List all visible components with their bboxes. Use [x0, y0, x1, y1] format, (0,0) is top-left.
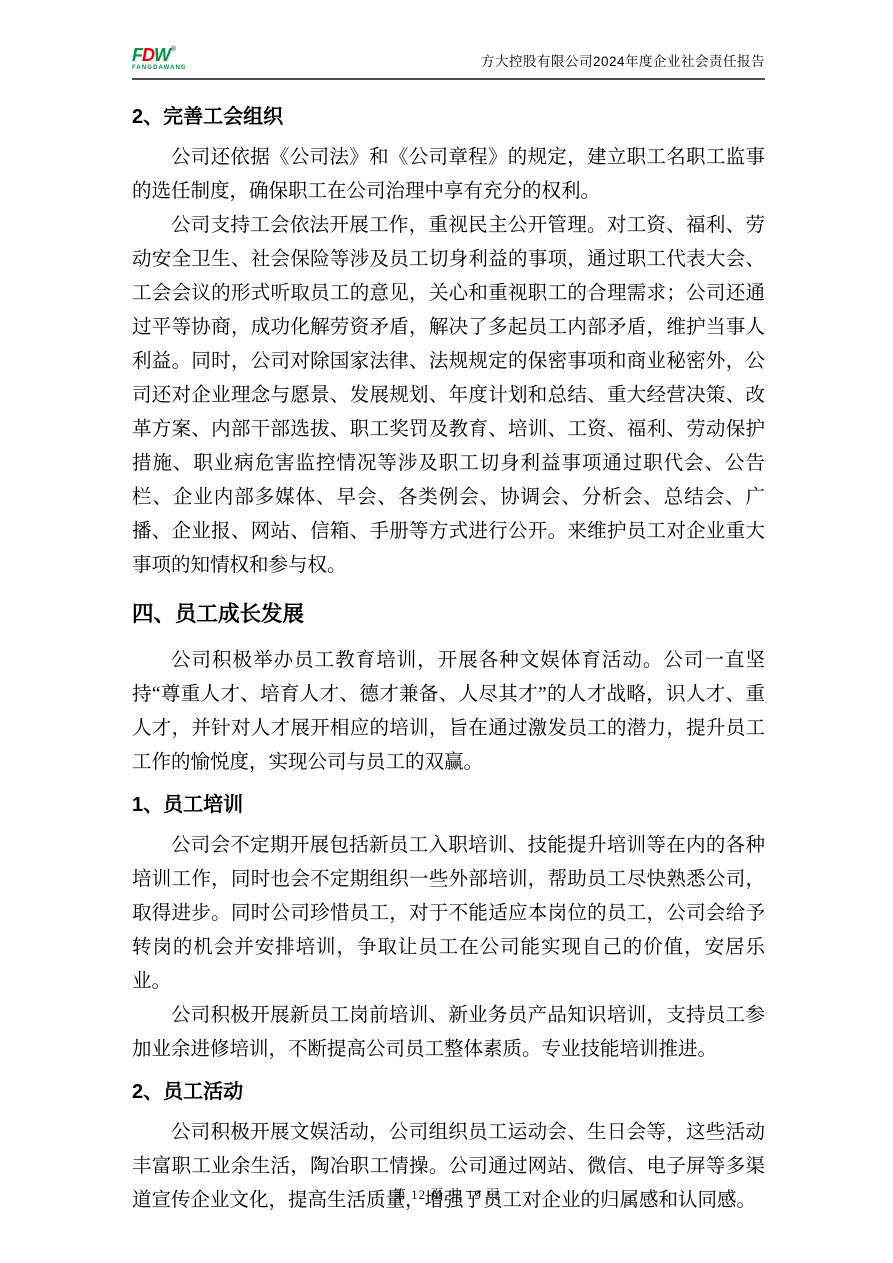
section-heading: 2、员工活动 — [132, 1079, 765, 1106]
document-body: 2、完善工会组织 公司还依据《公司法》和《公司章程》的规定，建立职工名职工监事的… — [132, 104, 765, 1218]
page-footer: 第 12 页 共 19 页 — [0, 1184, 893, 1204]
logo-letter-f: F — [132, 45, 142, 65]
paragraph: 公司积极举办员工教育培训，开展各种文娱体育活动。公司一直坚持“尊重人才、培育人才… — [132, 644, 765, 780]
paragraph: 公司支持工会依法开展工作，重视民主公开管理。对工资、福利、劳动安全卫生、社会保险… — [132, 209, 765, 583]
logo-letter-w: W — [154, 45, 170, 65]
paragraph: 公司会不定期开展包括新员工入职培训、技能提升培训等在内的各种培训工作，同时也会不… — [132, 829, 765, 999]
document-page: FDW® FANGDAWANG 方大控股有限公司2024年度企业社会责任报告 2… — [0, 0, 893, 1263]
company-logo: FDW® FANGDAWANG — [132, 46, 187, 71]
section-heading: 四、员工成长发展 — [132, 600, 765, 629]
page-header: FDW® FANGDAWANG 方大控股有限公司2024年度企业社会责任报告 — [132, 46, 765, 80]
page-number: 第 12 页 共 19 页 — [393, 1187, 500, 1202]
section-employee-growth: 四、员工成长发展 公司积极举办员工教育培训，开展各种文娱体育活动。公司一直坚持“… — [132, 600, 765, 780]
registered-trademark-icon: ® — [171, 46, 175, 53]
logo-subtext: FANGDAWANG — [132, 65, 187, 71]
logo-mark: FDW® — [132, 46, 187, 64]
paragraph: 公司积极开展新员工岗前培训、新业务员产品知识培训，支持员工参加业余进修培训，不断… — [132, 999, 765, 1067]
report-title: 方大控股有限公司2024年度企业社会责任报告 — [481, 50, 765, 71]
section-union-organization: 2、完善工会组织 公司还依据《公司法》和《公司章程》的规定，建立职工名职工监事的… — [132, 104, 765, 583]
paragraph: 公司还依据《公司法》和《公司章程》的规定，建立职工名职工监事的选任制度，确保职工… — [132, 141, 765, 209]
section-employee-training: 1、员工培训 公司会不定期开展包括新员工入职培训、技能提升培训等在内的各种培训工… — [132, 792, 765, 1067]
section-heading: 1、员工培训 — [132, 792, 765, 819]
section-heading: 2、完善工会组织 — [132, 104, 765, 131]
logo-letter-d: D — [142, 45, 154, 65]
